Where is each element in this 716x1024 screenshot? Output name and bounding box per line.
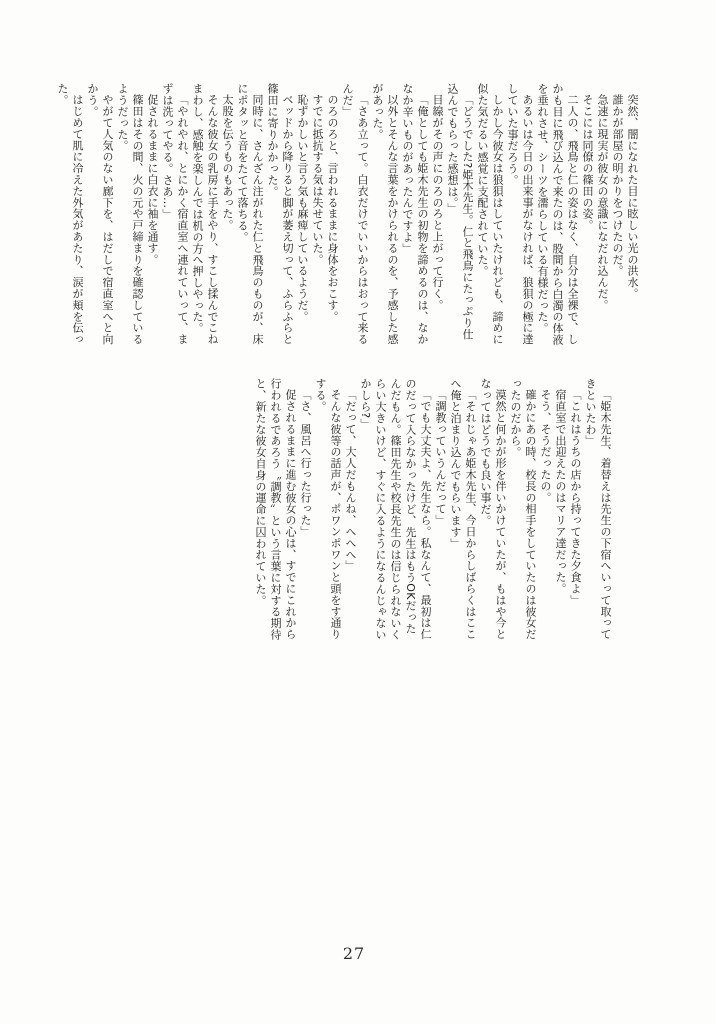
paragraph: 「だって、大人だもんね、へへへ」 xyxy=(343,378,358,641)
paragraph: 「姫木先生、着替えは先生の下宿へいって取ってきといたわ」 xyxy=(583,378,613,641)
paragraph: 「さ、風呂へ行った行った」 xyxy=(298,378,313,641)
paragraph: 確かにあの時、校長の相手をしていたのは彼女だったのだから。 xyxy=(508,378,538,641)
paragraph: 誰かが部屋の明かりをつけたのだ。 xyxy=(610,83,625,346)
paragraph: 促されるままに白衣に袖を通す。 xyxy=(145,83,160,346)
paragraph: 「俺としても姫木先生の初物を諦めるのは、なかなか辛いものがあったんですよ」 xyxy=(400,83,430,346)
paragraph: そんな彼女の乳房に手をやり、すこし揉んでこねまわし、感触を楽しんでは机の方へ押し… xyxy=(190,83,220,346)
paragraph: そこには同僚の篠田の姿。 xyxy=(580,83,595,346)
text-block-top: 突然、闇になれた目に眩しい光の洪水。誰かが部屋の明かりをつけたのだ。急速に現実が… xyxy=(55,83,640,346)
paragraph: 篠田はその間、火の元や戸締まりを確認しているようだった。 xyxy=(115,83,145,346)
paragraph: 「さあ立って。白衣だけでいいからはおって来るんだ」 xyxy=(340,83,370,346)
paragraph: 宿直室で出迎えたのはマリア達だった。 xyxy=(553,378,568,641)
paragraph: あるいは今日の出来事がなければ、狼狽の極に達していた事だろう。 xyxy=(505,83,535,346)
paragraph: やがて人気のない廊下を、はだしで宿直室へと向かう。 xyxy=(85,83,115,346)
paragraph: のろのろと、言われるままに身体をおこす。 xyxy=(325,83,340,346)
paragraph: 「どうでした?姫木先生。仁と飛鳥にたっぷり仕込んでもらった感想は。」 xyxy=(445,83,475,346)
paragraph: そう、そうだったの。 xyxy=(538,378,553,641)
paragraph: 「それじゃあ姫木先生、今日からしばらくはここへ俺と泊まり込んでもらいます」 xyxy=(448,378,478,641)
paragraph: すでに抵抗する気は失せていた。 xyxy=(310,83,325,346)
paragraph: 「これはうちの店から持ってきた夕食よ」 xyxy=(568,378,583,641)
text-block-bottom: 「姫木先生、着替えは先生の下宿へいって取ってきといたわ」「これはうちの店から持っ… xyxy=(253,378,613,641)
paragraph: 急速に現実が彼女の意識になだれ込んだ。 xyxy=(595,83,610,346)
paragraph: 目線がその声にのろのろと上がって行く。 xyxy=(430,83,445,346)
paragraph: 同時に、さんざん注がれた仁と飛鳥のものが、床にポタッと音をたてて落ちる。 xyxy=(235,83,265,346)
paragraph: 「でも大丈夫よ、先生なら。私なんて、最初は仁のだって入らなかったけど、先生はもう… xyxy=(358,378,433,641)
paragraph: 突然、闇になれた目に眩しい光の洪水。 xyxy=(625,83,640,346)
paragraph: 促されるままに進む彼女の心は、すでにこれから行われるであろう〝調教〟という言葉に… xyxy=(253,378,298,641)
paragraph: ベッドから降りると脚が萎え切って、ふらふらと篠田に寄りかかった。 xyxy=(265,83,295,346)
paragraph: はじめて肌に冷えた外気があたり、涙が頬を伝った。 xyxy=(55,83,85,346)
paragraph: 太股を伝うものもあった。 xyxy=(220,83,235,346)
paragraph: 漠然と何かが形を伴いかけていたが、もはや今となってはどうでも良い事だ。 xyxy=(478,378,508,641)
paragraph: しかし今彼女は狼狽はしていたけれども、諦めに似た気だるい感覚に支配されていた。 xyxy=(475,83,505,346)
paragraph: 「やれやれ、とにかく宿直室へ連れていって、まずは洗ってやる。さあ…」 xyxy=(160,83,190,346)
scanned-page: 突然、闇になれた目に眩しい光の洪水。誰かが部屋の明かりをつけたのだ。急速に現実が… xyxy=(0,0,716,1024)
paragraph: 「調教っていうんだって」 xyxy=(433,378,448,641)
paragraph: 以外とそんな言葉をかけられるのを、予感した感があった。 xyxy=(370,83,400,346)
paragraph: 二人の、飛鳥と仁の姿はなく、自分は全裸で、しかも目に飛び込んで来たのは、股間から… xyxy=(535,83,580,346)
paragraph: 恥ずかしいと言う気も麻痺しているようだ。 xyxy=(295,83,310,346)
paragraph: そんな彼等の話声が、ポワンポワンと頭をす通りする。 xyxy=(313,378,343,641)
page-number: 27 xyxy=(324,944,384,963)
